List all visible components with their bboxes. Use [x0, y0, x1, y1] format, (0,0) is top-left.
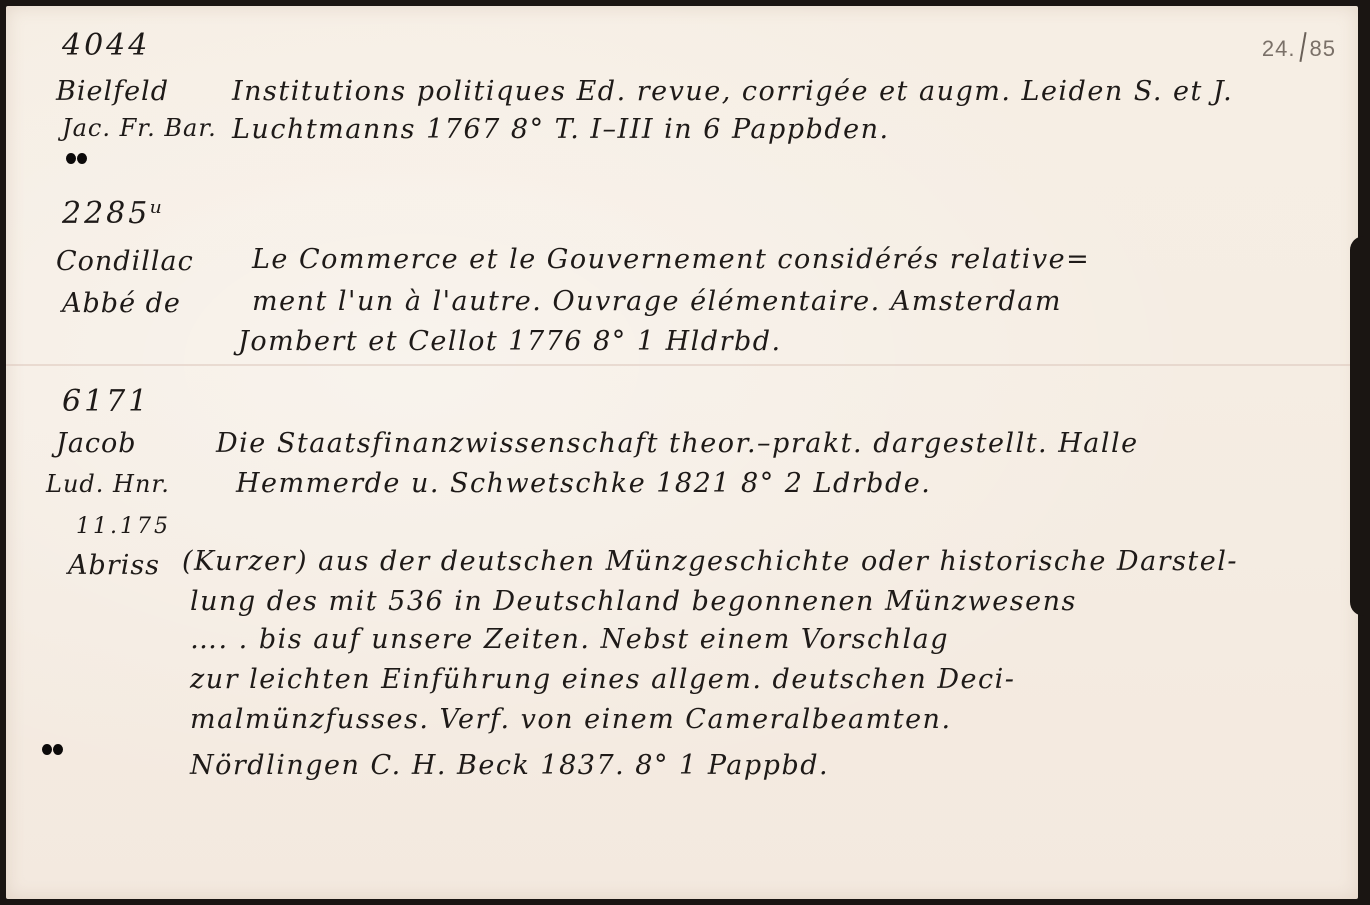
punch-hole-marker [66, 153, 87, 164]
ruled-line [6, 364, 1358, 366]
shelfmark: 24.85 [1262, 32, 1336, 62]
entry-author-forename: Jac. Fr. Bar. [62, 114, 217, 142]
entry-text-line: …. . bis auf unsere Zeiten. Nebst einem … [190, 624, 949, 655]
entry-author: Abriss [68, 550, 160, 581]
entry-text-line: Jombert et Cellot 1776 8° 1 Hldrbd. [238, 326, 782, 357]
entry-text-line: Hemmerde u. Schwetschke 1821 8° 2 Ldrbde… [236, 468, 931, 499]
entry-text-line: Nördlingen C. H. Beck 1837. 8° 1 Pappbd. [190, 750, 829, 781]
entry-author-forename: Abbé de [62, 288, 181, 319]
entry-author: Bielfeld [56, 76, 169, 107]
shelfmark-left: 24. [1262, 36, 1296, 61]
entry-text-line: (Kurzer) aus der deutschen Münzgeschicht… [182, 546, 1238, 577]
card-paper: 24.85 4044 Bielfeld Jac. Fr. Bar. Instit… [6, 6, 1358, 899]
entry-author: Condillac [56, 246, 194, 277]
entry-author: Jacob [56, 428, 137, 459]
entry-text-line: zur leichten Einführung eines allgem. de… [190, 664, 1015, 695]
punch-hole-marker [42, 744, 63, 755]
entry-text-line: malmünzfusses. Verf. von einem Cameralbe… [190, 704, 952, 735]
entry-text-line: Institutions politiques Ed. revue, corri… [232, 76, 1233, 107]
entry-number: 2285ᵘ [62, 196, 165, 231]
entry-text-line: Luchtmanns 1767 8° T. I–III in 6 Pappbde… [232, 114, 890, 145]
shelfmark-divider [1299, 32, 1306, 62]
entry-number: 6171 [62, 384, 150, 419]
entry-text-line: Die Staatsfinanzwissenschaft theor.–prak… [216, 428, 1139, 459]
entry-author-forename: Lud. Hnr. [46, 470, 170, 498]
shelfmark-right: 85 [1310, 36, 1336, 61]
entry-text-line: Le Commerce et le Gouvernement considéré… [252, 244, 1090, 275]
scanned-catalogue-card: 24.85 4044 Bielfeld Jac. Fr. Bar. Instit… [0, 0, 1370, 905]
entry-number: 11.175 [76, 514, 171, 539]
entry-text-line: lung des mit 536 in Deutschland begonnen… [190, 586, 1077, 617]
entry-number: 4044 [62, 28, 150, 63]
entry-text-line: ment l'un à l'autre. Ouvrage élémentaire… [252, 286, 1062, 317]
